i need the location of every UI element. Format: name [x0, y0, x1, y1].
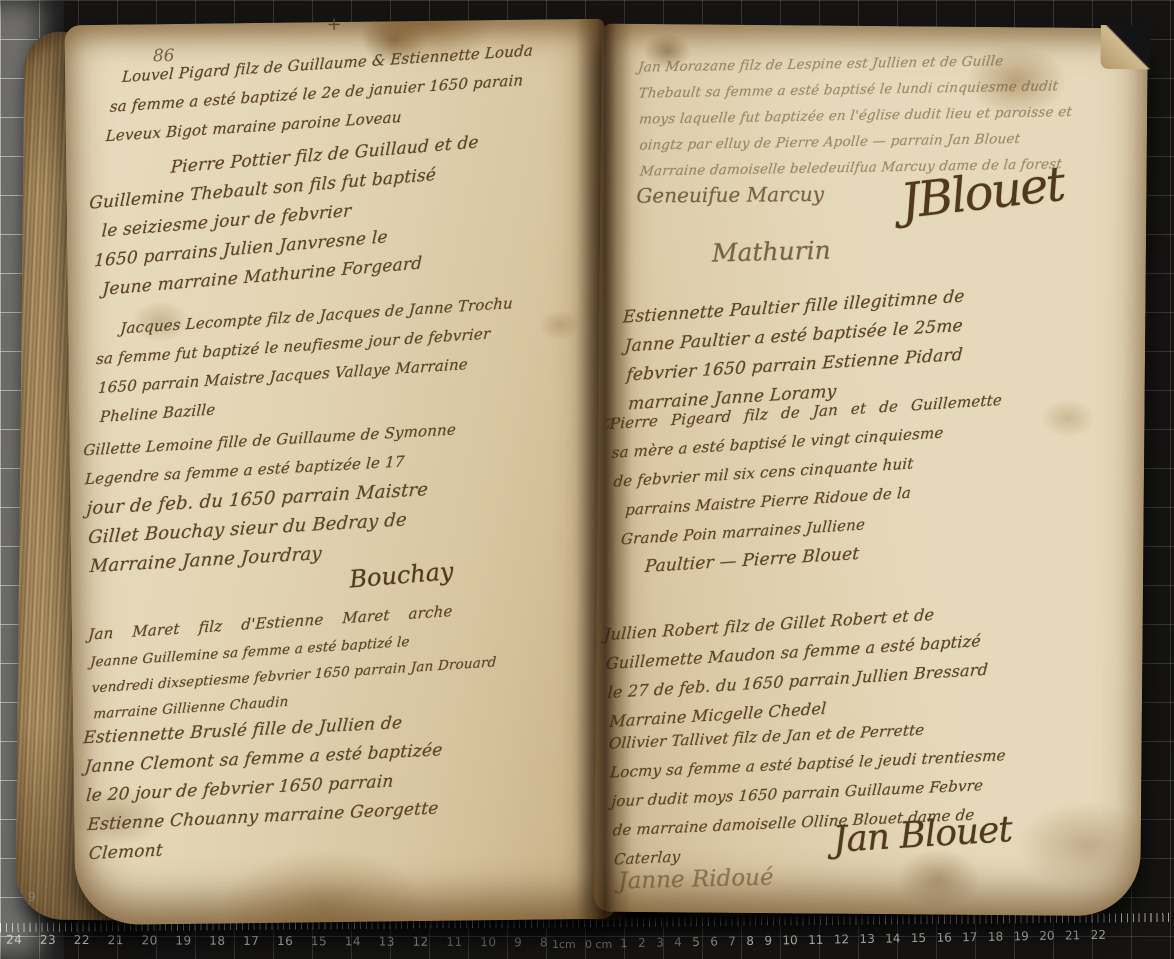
- register-entry: Jacques Lecompte filz de Jacques de Jann…: [93, 284, 599, 432]
- register-entry: Estiennette Bruslé fille de Jullien de J…: [83, 700, 604, 869]
- signature-janne-ridoue: Janne Ridoué: [618, 864, 774, 894]
- ruler-center-label: 0 cm: [585, 938, 612, 951]
- ruler-number: 23: [40, 933, 56, 947]
- signature-mathurin: Mathurin: [712, 236, 832, 268]
- witness-name: Geneuifue Marcuy: [636, 182, 824, 208]
- left-page: 86 + Louvel Pigard filz de Guillaume & E…: [65, 19, 616, 926]
- ruler-number: 22: [1091, 928, 1107, 942]
- register-entry: Gillette Lemoine fille de Guillaume de S…: [83, 408, 600, 581]
- register-entry: Jan Morazane filz de Lespine est Jullien…: [638, 46, 1145, 185]
- manuscript-photo: { "colors": { "mat": "#151413", "mat_gri…: [0, 0, 1174, 959]
- ruler-number: 22: [74, 933, 90, 947]
- left-edge-numeral: 9: [28, 890, 36, 904]
- ruler-number: 24: [6, 933, 22, 947]
- register-entry: Pierre Pigeard filz de Jan et de Guillem…: [609, 378, 1134, 583]
- ruler-center-label: 1cm: [552, 938, 576, 951]
- cross-mark: +: [326, 14, 341, 35]
- right-page: 7 Jan Morazane filz de Lespine est Julli…: [594, 24, 1148, 917]
- register-entry: Pierre Pottier filz de Guillaud et de Gu…: [86, 120, 596, 305]
- ruler-number: 1: [620, 936, 628, 950]
